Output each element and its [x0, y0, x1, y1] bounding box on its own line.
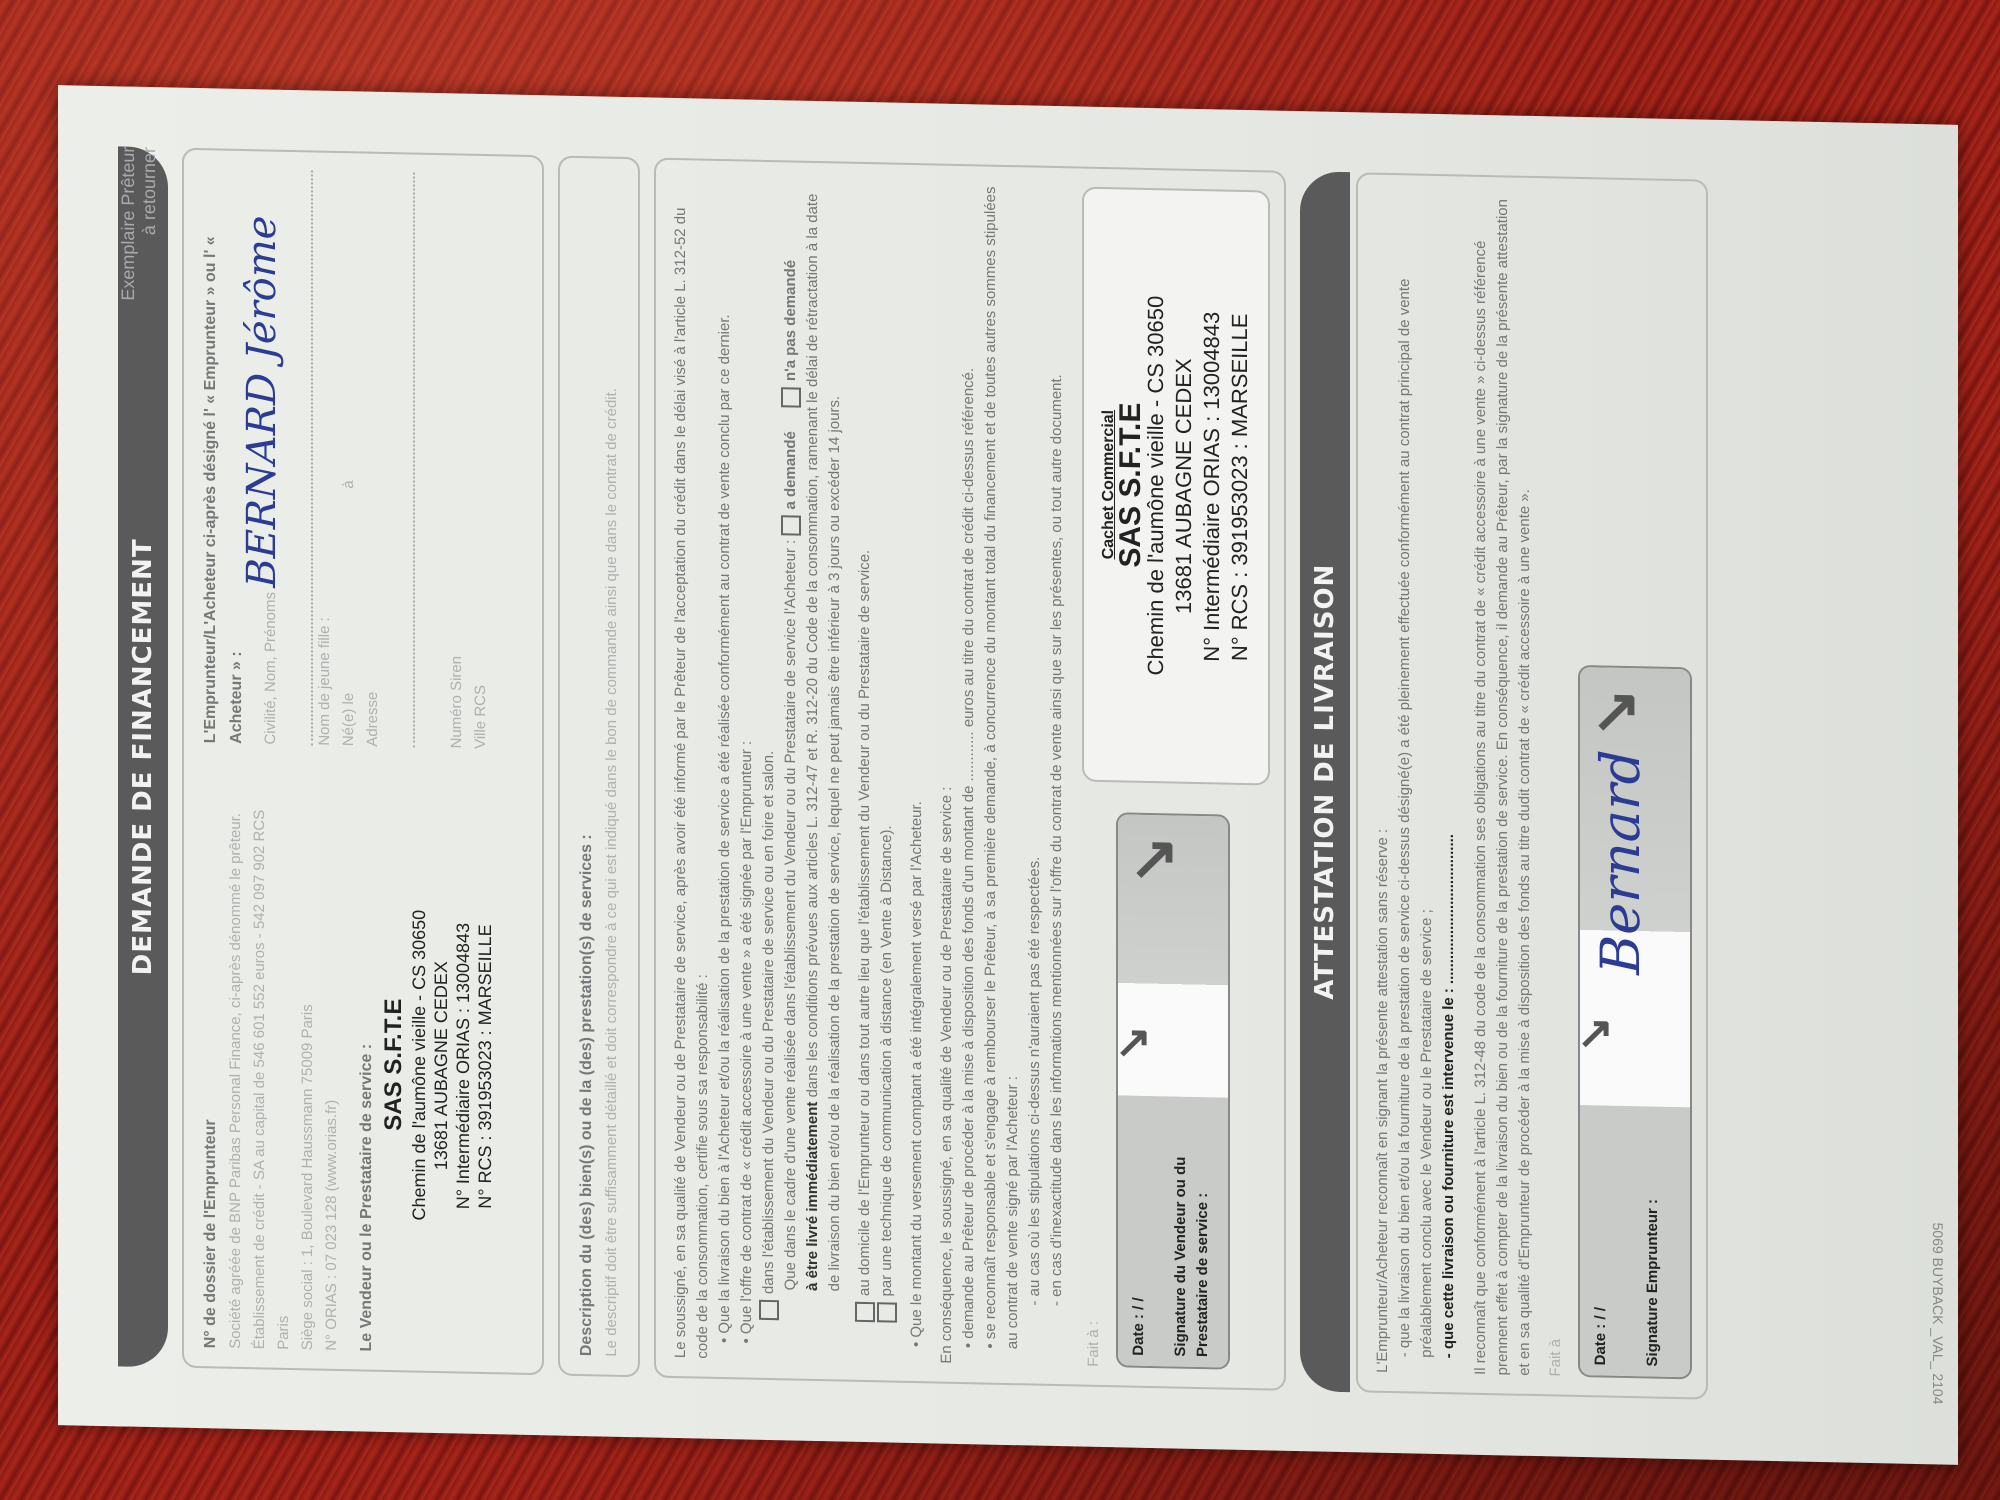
- lender-text: Société agréée de BNP Paribas Personal F…: [224, 774, 248, 1350]
- arrow-down-right-icon: ↘: [1142, 835, 1164, 886]
- foire-text-body: Que dans le cadre d'une vente réalisée d…: [782, 540, 799, 1291]
- opt-etab-label: dans l'établissement du Vendeur ou du Pr…: [760, 751, 777, 1295]
- opt-domicile[interactable]: au domicile de l'Emprunteur ou dans tout…: [854, 182, 876, 1322]
- civilite-label: Civilité, Nom, Prénoms: [262, 592, 279, 745]
- consequence-text: En conséquence, le soussigné, en sa qual…: [936, 183, 958, 1363]
- vendeur-stamp: SAS S.F.T.E Chemin de l'aumône vieille -…: [380, 777, 496, 1354]
- cert-bullet-1: • Que la livraison du bien à l'Acheteur …: [714, 179, 736, 1343]
- vendor-sign-col: Fait à : Date : / / Signature du Vendeur…: [1082, 812, 1270, 1371]
- vendor-sig-label: Signature du Vendeur ou du Prestataire d…: [1170, 1106, 1214, 1357]
- stamp-rcs: N° RCS : 391953023 : MARSEILLE: [1226, 210, 1254, 766]
- borrower-date-row: Date : / /: [1590, 1115, 1612, 1365]
- arrow-down-right-icon: ↘: [1604, 687, 1626, 738]
- exemplaire-sub: à retourner: [139, 147, 160, 302]
- opt-distance[interactable]: par une technique de communication à dis…: [876, 182, 898, 1322]
- parties-box: N° de dossier de l'Emprunteur Société ag…: [182, 148, 544, 1376]
- ville-rcs-field[interactable]: Ville RCS: [469, 174, 493, 750]
- lender-line2: Établissement de crédit - SA au capital …: [248, 774, 296, 1350]
- dossier-column: N° de dossier de l'Emprunteur Société ag…: [198, 773, 528, 1355]
- stamp-address2: 13681 AUBAGNE CEDEX: [1170, 208, 1198, 764]
- borrower-sig-label: Signature Emprunteur :: [1642, 1116, 1664, 1366]
- stamp-address1: Chemin de l'aumône vieille - CS 30650: [1142, 208, 1170, 764]
- borrower-sig-area[interactable]: ↘ Bernard ↘: [1580, 667, 1690, 1107]
- civilite-handwritten[interactable]: BERNARD Jérôme: [239, 215, 285, 588]
- borrower-date-label: Date :: [1592, 1324, 1609, 1366]
- arrow-down-right-icon: ↘: [1122, 1025, 1144, 1062]
- na-pas-demande-label: n'a pas demandé: [782, 260, 799, 381]
- cert-bullet-2: • Que l'offre de contrat de « crédit acc…: [736, 179, 758, 1343]
- document-photo: DEMANDE DE FINANCEMENT Exemplaire Prêteu…: [28, 65, 1988, 1485]
- cons-c2b: - en cas d'inexactitude dans les informa…: [1046, 186, 1068, 1306]
- vendeur-orias: N° Intermédiaire ORIAS : 13004843: [452, 778, 474, 1353]
- borrower-signature-box[interactable]: Date : / / Signature Emprunteur : ↘ Bern…: [1578, 665, 1692, 1379]
- exemplaire-label: Exemplaire Prêteur à retourner: [118, 146, 160, 301]
- lender-line4: N° ORIAS : 07 023 128 (www.orias.fr): [320, 776, 344, 1352]
- nom-jeune-fille-field[interactable]: Nom de jeune fille :: [313, 170, 337, 746]
- lender-line3: Siège social : 1, Boulevard Haussmann 75…: [296, 775, 320, 1351]
- opt-distance-label: par une technique de communication à dis…: [878, 825, 895, 1296]
- civilite-line: [289, 170, 313, 746]
- form-code: 5069 BUYBACK _VAL_ 2104: [1930, 1222, 1946, 1404]
- siren-field[interactable]: Numéro Siren: [445, 173, 469, 749]
- vendeur-rcs: N° RCS : 391953023 : MARSEILLE: [474, 779, 496, 1354]
- borrower-handwritten-signature: Bernard: [1610, 749, 1632, 974]
- cert-b3-text: Que le montant du versement comptant a é…: [908, 801, 925, 1338]
- vendor-date-row: Date : / /: [1128, 1106, 1150, 1356]
- vendor-fait-a-field[interactable]: Fait à :: [1082, 812, 1106, 1368]
- certification-box: Le soussigné, en sa qualité de Vendeur o…: [654, 158, 1286, 1391]
- borrower-date-field[interactable]: / /: [1592, 1307, 1609, 1320]
- description-text: Le descriptif doit être suffisamment dét…: [600, 176, 624, 1357]
- livre-text: à être livré immédiatement dans les cond…: [802, 181, 846, 1292]
- commercial-stamp: Cachet Commercial SAS S.F.T.E Chemin de …: [1082, 187, 1270, 786]
- cert-b1-text: Que la livraison du bien à l'Acheteur et…: [716, 314, 733, 1334]
- foire-text: Que dans le cadre d'une vente réalisée d…: [780, 180, 802, 1290]
- description-heading: Description du (des) bien(s) ou de la (d…: [574, 176, 600, 1357]
- vendeur-name: SAS S.F.T.E: [380, 777, 408, 1353]
- borrower-sig-labels: Date : / / Signature Emprunteur :: [1580, 1105, 1690, 1377]
- vendor-sig-area[interactable]: ↘ ↘: [1118, 814, 1228, 1097]
- livre-bold: à être livré immédiatement: [804, 1101, 821, 1291]
- cons-bullet-1: • demande au Prêteur de procéder à la mi…: [958, 184, 980, 1348]
- vendeur-address2: 13681 AUBAGNE CEDEX: [430, 778, 452, 1353]
- livraison-date-field[interactable]: - que cette livraison ou fourniture est …: [1438, 194, 1460, 1358]
- ne-le-field[interactable]: Né(e) le: [340, 693, 357, 747]
- vendor-signature-box[interactable]: Date : / / Signature du Vendeur ou du Pr…: [1116, 812, 1230, 1369]
- checkbox-a-demande[interactable]: [781, 515, 801, 535]
- cert-bullet-3: • Que le montant du versement comptant a…: [906, 183, 928, 1347]
- opt-etablissement[interactable]: dans l'établissement du Vendeur ou du Pr…: [758, 180, 780, 1320]
- attestation-intro: L'Emprunteur/Acheteur reconnaît en signa…: [1372, 193, 1394, 1373]
- checkbox-domicile[interactable]: [855, 1302, 875, 1322]
- vendor-date-label: Date :: [1130, 1314, 1147, 1356]
- adresse-field[interactable]: Adresse: [361, 171, 385, 747]
- paper-sheet: DEMANDE DE FINANCEMENT Exemplaire Prêteu…: [58, 85, 1958, 1465]
- ne-le-row: Né(e) le à: [337, 171, 361, 747]
- checkbox-na-pas-demande[interactable]: [781, 387, 801, 407]
- stamp-name: SAS S.F.T.E: [1120, 207, 1142, 762]
- a-demande-label: a demandé: [782, 431, 799, 510]
- cons-bullet-2: • se reconnaît responsable et s'engage à…: [980, 184, 1024, 1349]
- attestation-p1: - que la livraison du bien et/ou la four…: [1394, 193, 1438, 1358]
- opt-domicile-label: au domicile de l'Emprunteur ou dans tout…: [856, 550, 873, 1297]
- ne-a-field[interactable]: à: [340, 480, 357, 489]
- dossier-heading: N° de dossier de l'Emprunteur: [198, 773, 224, 1349]
- attestation-p3: Il reconnaît que conformément à l'articl…: [1470, 195, 1536, 1376]
- vendor-date-field[interactable]: / /: [1130, 1297, 1147, 1310]
- exemplaire-text: Exemplaire Prêteur: [118, 146, 139, 301]
- adresse-line: [391, 172, 415, 748]
- vendeur-heading: Le Vendeur ou le Prestataire de service …: [354, 776, 380, 1352]
- cert-b2-text: Que l'offre de contrat de « crédit acces…: [738, 741, 755, 1335]
- checkbox-etablissement[interactable]: [759, 1300, 779, 1320]
- attestation-title: ATTESTATION DE LIVRAISON: [1300, 171, 1350, 1392]
- description-box: Description du (des) bien(s) ou de la (d…: [558, 156, 640, 1378]
- checkbox-distance[interactable]: [877, 1302, 897, 1322]
- stamp-orias: N° Intermédiaire ORIAS : 13004843: [1198, 209, 1226, 765]
- certification-intro: Le soussigné, en sa qualité de Vendeur o…: [670, 178, 714, 1359]
- cons-c2-text: se reconnaît responsable et s'engage à r…: [982, 186, 1021, 1349]
- vendor-sig-labels: Date : / / Signature du Vendeur ou du Pr…: [1118, 1095, 1228, 1367]
- cons-c2a: - au cas où les stipulations ci-dessus n…: [1024, 185, 1046, 1305]
- attestation-box: L'Emprunteur/Acheteur reconnaît en signa…: [1356, 172, 1708, 1399]
- arrow-down-right-icon: ↘: [1584, 1016, 1606, 1053]
- civilite-row: Civilité, Nom, Prénoms BERNARD Jérôme: [250, 169, 283, 745]
- vendeur-address1: Chemin de l'aumône vieille - CS 30650: [408, 777, 430, 1352]
- emprunteur-column: L'Emprunteur/L'Acheteur ci-après désigné…: [198, 168, 528, 750]
- cons-c1-text: demande au Prêteur de procéder à la mise…: [960, 368, 977, 1339]
- page-title: DEMANDE DE FINANCEMENT: [118, 146, 168, 1367]
- vendor-signature-area: Fait à : Date : / / Signature du Vendeur…: [1082, 187, 1270, 1371]
- borrower-fait-a-field[interactable]: Fait à: [1544, 196, 1568, 1377]
